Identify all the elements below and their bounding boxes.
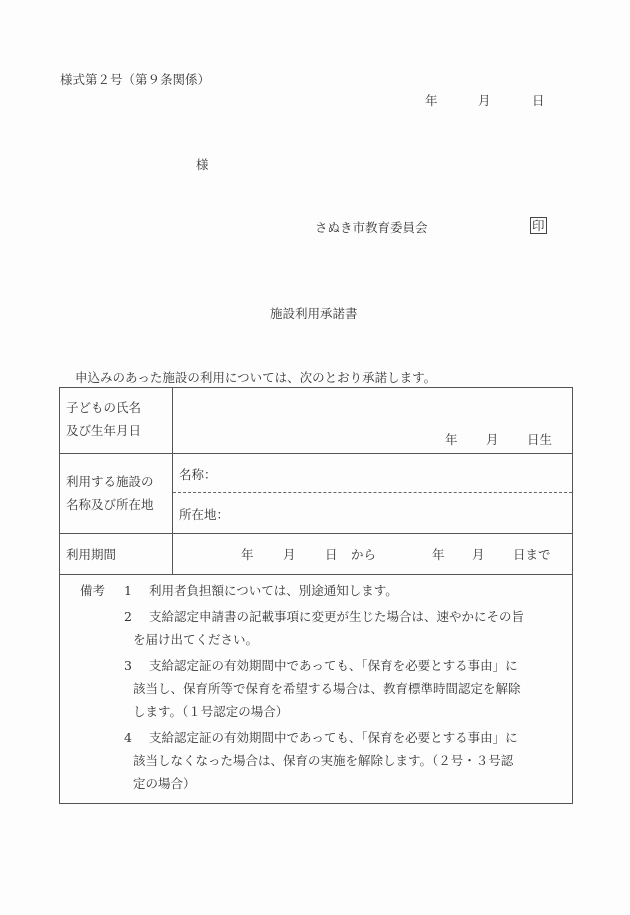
child-label-line1: 子どもの氏名 <box>66 396 166 419</box>
note-item: 4 支給認定証の有効期間中であっても、「保育を必要とする事由」に 該当しなくなっ… <box>149 726 572 795</box>
note-number: 1 <box>124 579 132 602</box>
date-year-label: 年 <box>425 91 438 109</box>
facility-name-field[interactable]: 名称： <box>173 454 572 493</box>
note-number: 2 <box>124 605 132 628</box>
notes-heading: 備考 <box>80 579 105 602</box>
notes-row: 備考 1 利用者負担額については、別途通知します。 2 支給認定申請書の記載事項… <box>60 575 573 804</box>
from-day-label: 日 <box>325 545 338 563</box>
facility-label-line1: 利用する施設の <box>66 470 166 493</box>
note-line: します。（１号認定の場合） <box>133 700 572 723</box>
note-number: 4 <box>124 726 132 749</box>
to-day-label: 日まで <box>513 545 551 563</box>
child-value-cell[interactable]: 年 月 日生 <box>173 388 573 454</box>
period-value-cell[interactable]: 年 月 日 から 年 月 日まで <box>173 534 573 575</box>
note-number: 3 <box>124 654 132 677</box>
note-line: を届け出てください。 <box>133 628 572 651</box>
seal-mark: 印 <box>530 217 547 234</box>
birth-day-label: 日生 <box>527 430 552 448</box>
birth-month-label: 月 <box>486 430 499 448</box>
facility-name-label: 名称： <box>179 465 217 483</box>
issuer-name: さぬき市教育委員会 <box>315 218 428 236</box>
to-year-label: 年 <box>432 545 445 563</box>
facility-address-label: 所在地： <box>179 505 229 523</box>
intro-text: 申込みのあった施設の利用については、次のとおり承諾します。 <box>75 368 436 386</box>
note-line: 支給認定証の有効期間中であっても、「保育を必要とする事由」に <box>149 726 572 749</box>
facility-label-line2: 名称及び所在地 <box>66 493 166 516</box>
note-line: 定の場合） <box>133 772 572 795</box>
facility-address-field[interactable]: 所在地： <box>173 493 572 533</box>
birth-year-label: 年 <box>445 430 458 448</box>
period-row: 利用期間 年 月 日 から 年 月 日まで <box>60 534 573 575</box>
from-month-label: 月 <box>283 545 296 563</box>
note-item: 1 利用者負担額については、別途通知します。 <box>149 579 572 602</box>
note-item: 3 支給認定証の有効期間中であっても、「保育を必要とする事由」に 該当し、保育所… <box>149 654 572 723</box>
document-title: 施設利用承諾書 <box>270 304 358 322</box>
from-label: から <box>351 545 376 563</box>
addressee-suffix: 様 <box>196 155 209 173</box>
note-line: 支給認定証の有効期間中であっても、「保育を必要とする事由」に <box>149 654 572 677</box>
period-label: 利用期間 <box>60 534 172 574</box>
approval-table: 子どもの氏名 及び生年月日 年 月 日生 利用する施設の 名称及び所在地 名称：… <box>59 387 573 804</box>
date-month-label: 月 <box>478 91 491 109</box>
child-label-line2: 及び生年月日 <box>66 419 166 442</box>
child-row: 子どもの氏名 及び生年月日 年 月 日生 <box>60 388 573 454</box>
facility-row: 利用する施設の 名称及び所在地 名称： 所在地： <box>60 454 573 534</box>
to-month-label: 月 <box>472 545 485 563</box>
note-line: 該当し、保育所等で保育を希望する場合は、教育標準時間認定を解除 <box>133 677 572 700</box>
note-line: 支給認定申請書の記載事項に変更が生じた場合は、速やかにその旨 <box>149 605 572 628</box>
date-day-label: 日 <box>532 91 545 109</box>
note-line: 該当しなくなった場合は、保育の実施を解除します。（２号・３号認 <box>133 749 572 772</box>
from-year-label: 年 <box>241 545 254 563</box>
note-item: 2 支給認定申請書の記載事項に変更が生じた場合は、速やかにその旨 を届け出てくだ… <box>149 605 572 651</box>
note-line: 利用者負担額については、別途通知します。 <box>149 579 572 602</box>
form-number: 様式第２号（第９条関係） <box>60 70 210 88</box>
notes-section: 備考 1 利用者負担額については、別途通知します。 2 支給認定申請書の記載事項… <box>60 575 572 803</box>
notes-list: 1 利用者負担額については、別途通知します。 2 支給認定申請書の記載事項に変更… <box>149 579 572 795</box>
